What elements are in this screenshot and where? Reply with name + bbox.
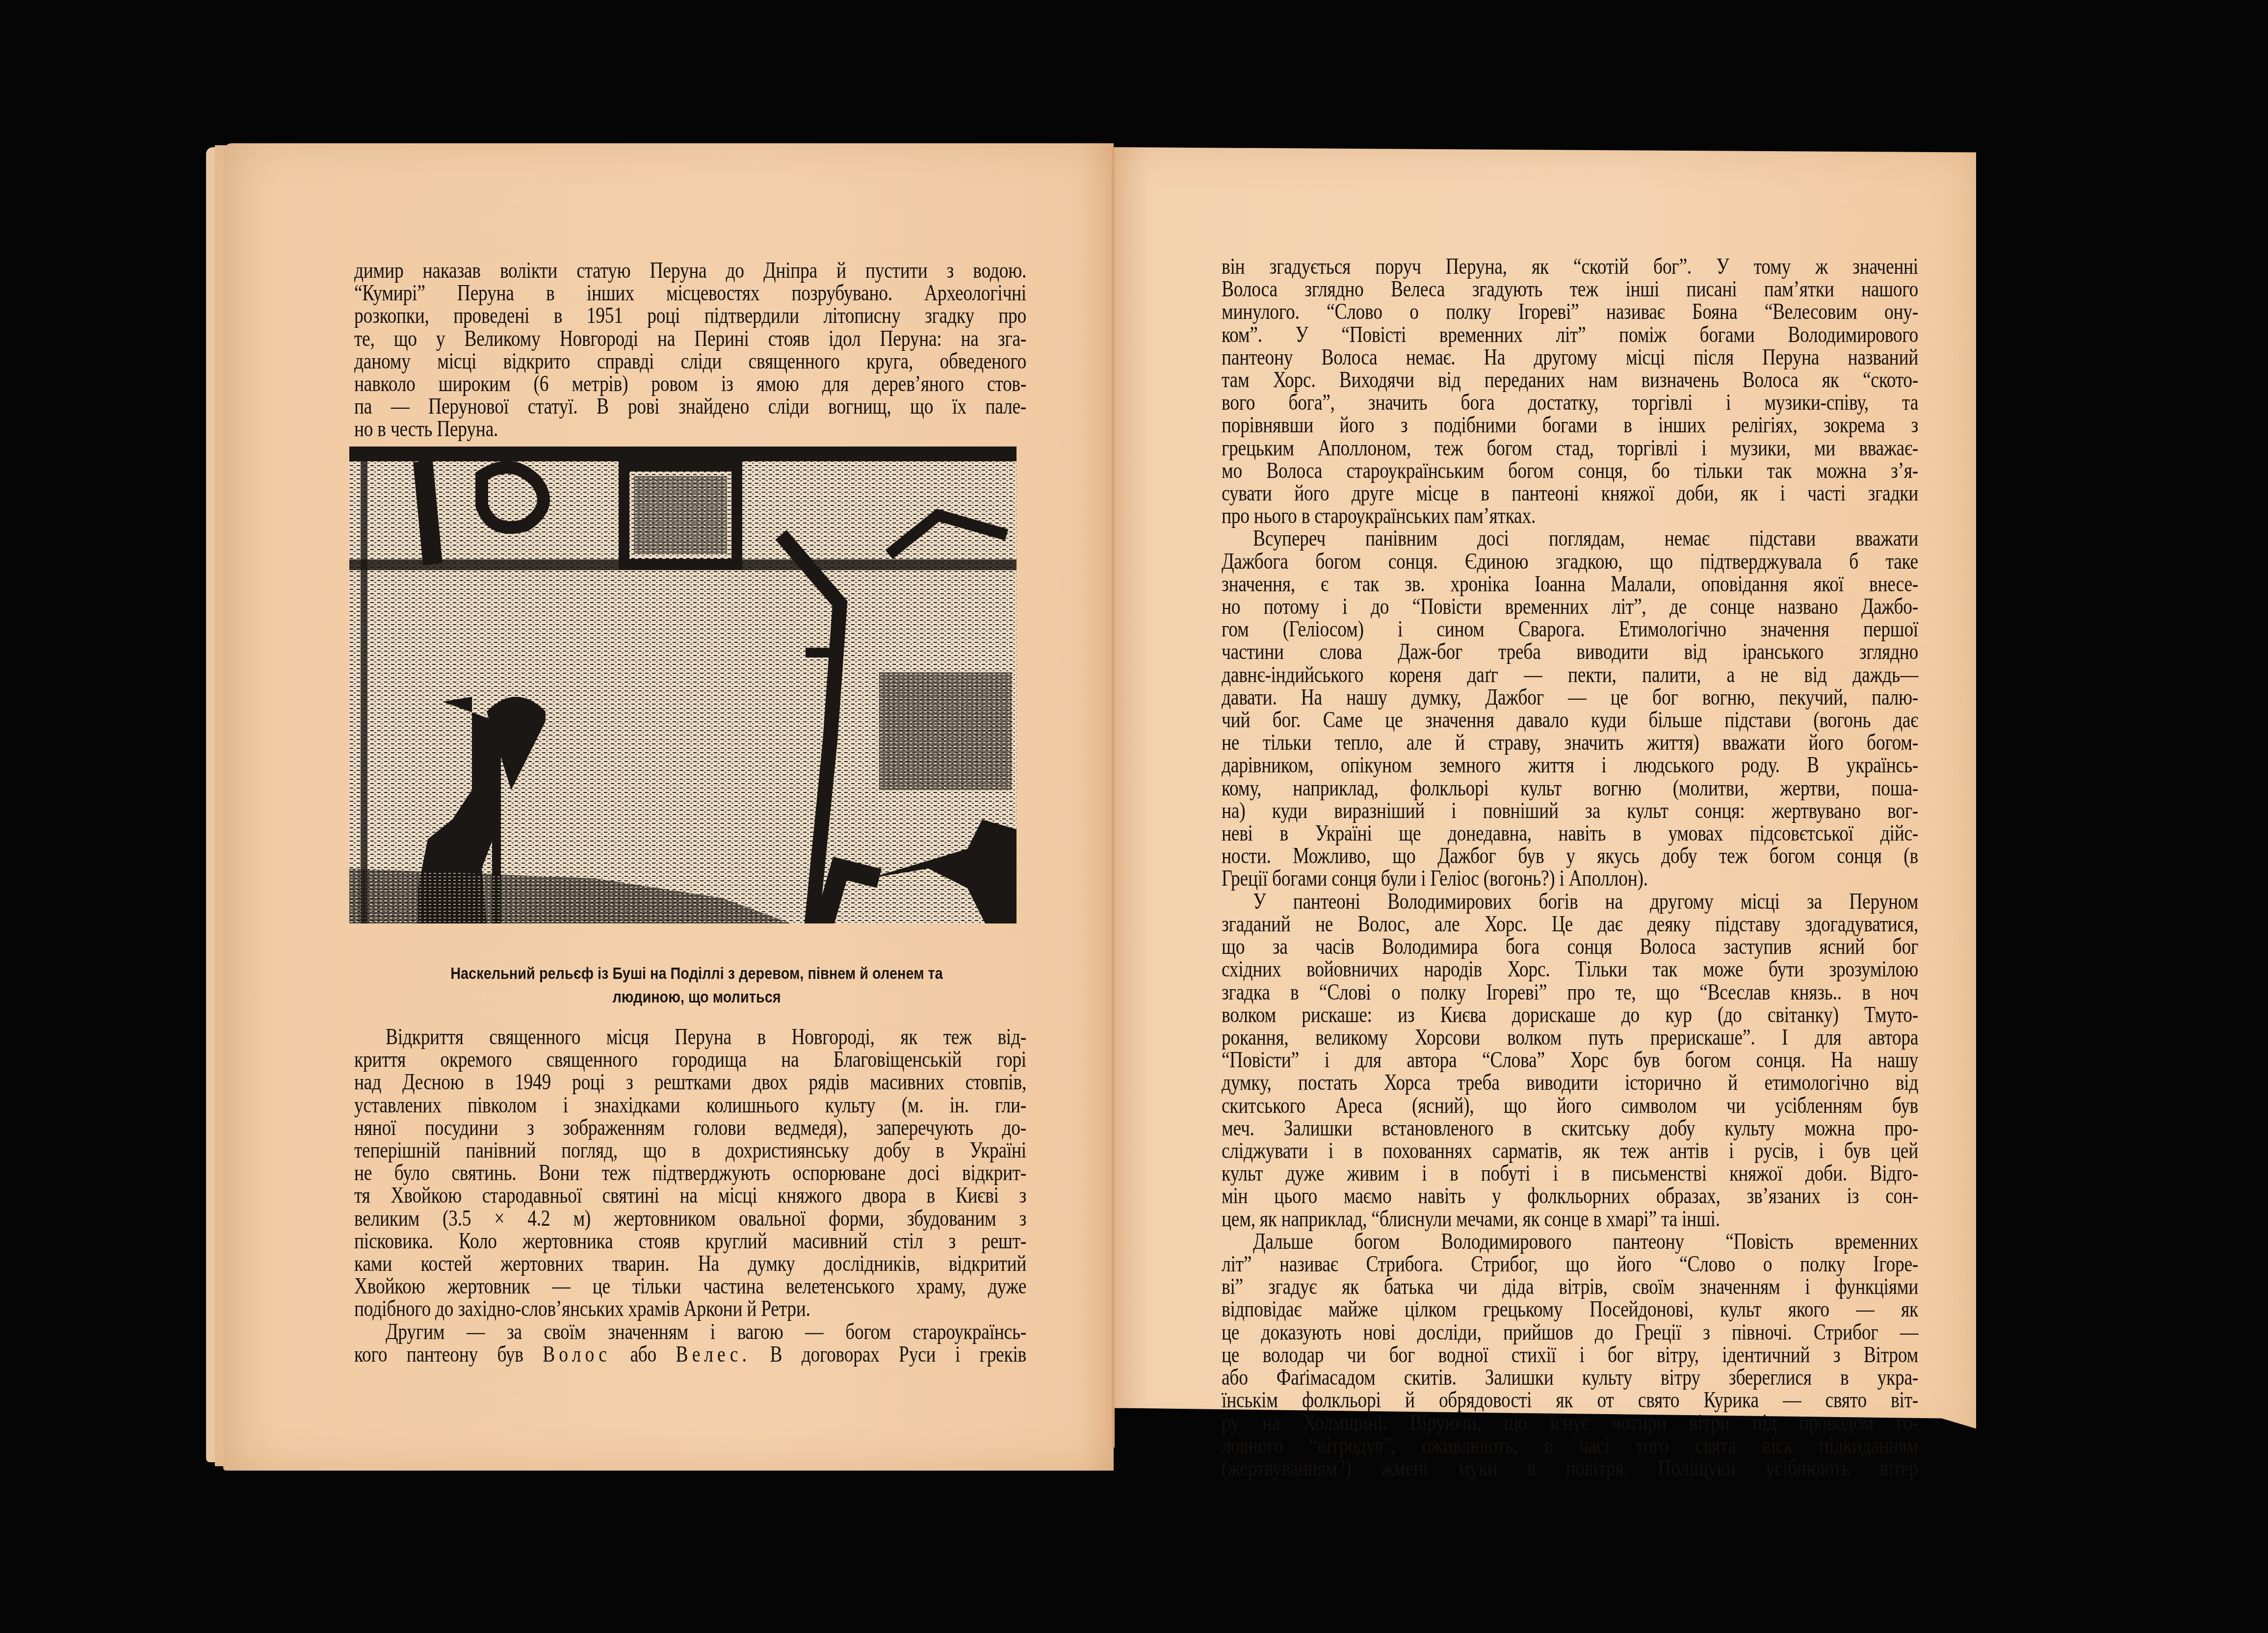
text-line: ками костей жертовних тварин. На думку д… <box>354 1252 1026 1275</box>
text-line: те, що у Великому Новгороді на Перині ст… <box>354 327 1026 350</box>
text-line: що за часів Володимира бога сонця Волоса… <box>1222 935 1918 958</box>
text-line: кому, наприклад, фолкльорі культ вогню (… <box>1222 777 1918 799</box>
text-line: порівнявши його з подібними богами в інш… <box>1222 414 1918 436</box>
text-line: згадка в “Слові о полку Ігореві” про те,… <box>1222 981 1918 1003</box>
text-line: минулого. “Слово о полку Ігореві” назива… <box>1222 300 1918 323</box>
text-line: меч. Залишки встановленого в скитську до… <box>1222 1117 1918 1139</box>
text-line: волком рискаше: из Києва дорискаше до ку… <box>1222 1003 1918 1026</box>
text-line: подібного до західно-слов’янських храмів… <box>354 1297 1026 1320</box>
text-span: кого пантеону був <box>354 1342 523 1367</box>
text-line: ві” згадує як батька чи діда вітрів, сво… <box>1222 1275 1918 1298</box>
text-line: Другим — за своїм значенням і вагою — бо… <box>354 1320 1026 1343</box>
text-line: “Кумирі” Перуна в інших місцевостях позр… <box>354 282 1026 304</box>
figure-caption: Наскельний рельєф із Буші на Поділлі з д… <box>373 962 1020 1009</box>
rock-relief-photo <box>349 447 1017 923</box>
text-line: неві в Україні ще донедавна, навіть в ум… <box>1222 822 1918 844</box>
text-line: Всупереч панівним досі поглядам, немає п… <box>1222 527 1918 550</box>
text-line: криття окремого священного городища на Б… <box>354 1048 1026 1071</box>
text-line: па — Перунової статуї. В рові знайдено с… <box>354 395 1026 418</box>
text-line: тя Хвойкою стародавньої святині на місці… <box>354 1184 1026 1207</box>
text-line: мо Волоса староукраїнським богом сонця, … <box>1222 459 1918 482</box>
text-span: або <box>630 1342 656 1367</box>
text-line: або Фаґімасадом скитів. Залишки культу в… <box>1222 1366 1918 1389</box>
text-line: навколо широким (6 метрів) ровом із ямою… <box>354 372 1026 395</box>
text-line: літ” називає Стрибога. Стрибог, що його … <box>1222 1253 1918 1275</box>
deity-name-veles: Велес. <box>676 1342 751 1367</box>
text-line: (жертвуванням?) жмені муки в повітря. По… <box>1222 1457 1918 1479</box>
text-line: пісковика. Коло жертовника стояв круглий… <box>354 1230 1026 1252</box>
text-line: димир наказав волікти статую Перуна до Д… <box>354 259 1026 282</box>
text-line: кого пантеону був Волос або Велес. В дог… <box>354 1343 1026 1366</box>
text-line: сувати його друге місце в пантеоні княжо… <box>1222 482 1918 504</box>
text-line: значення, є так зв. хроніка Іоанна Малал… <box>1222 573 1918 595</box>
text-line: їнськім фолкльорі й обрядовості як от св… <box>1222 1389 1918 1411</box>
text-line: пантеону Волоса немає. На другому місці … <box>1222 346 1918 369</box>
text-line: Дажбога богом сонця. Єдиною згадкою, що … <box>1222 550 1918 573</box>
text-line: вого бога”, значить бога достатку, торгі… <box>1222 391 1918 414</box>
text-line: мін цього маємо навіть у фолкльорних обр… <box>1222 1185 1918 1207</box>
text-line: Дальше богом Володимирового пантеону “По… <box>1222 1230 1918 1253</box>
text-line: но потому і до “Повісти временних літ”, … <box>1222 595 1918 618</box>
text-line: “Повісти” і для автора “Слова” Хорс був … <box>1222 1049 1918 1071</box>
text-line: но в честь Перуна. <box>354 418 1026 440</box>
text-line: скитського Ареса (ясний), що його символ… <box>1222 1094 1918 1117</box>
text-line: згаданий не Волос, але Хорс. Це дає деяк… <box>1222 913 1918 935</box>
text-line: грецьким Аполлоном, теж богом стад, торг… <box>1222 437 1918 459</box>
text-line: східних войовничих народів Хорс. Тільки … <box>1222 958 1918 980</box>
text-line: давати. На нашу думку, Дажбог — це бог в… <box>1222 686 1918 709</box>
text-line: давнє-індийського кореня дaґг — пекти, п… <box>1222 663 1918 686</box>
text-line: ловного “вітродуя”, оживлюють, в часі то… <box>1222 1434 1918 1457</box>
text-line: чий бог. Саме це значення давало куди бі… <box>1222 709 1918 731</box>
text-line: Греції богами сонця були і Геліос (вогон… <box>1222 867 1918 890</box>
left-top-paragraph: димир наказав волікти статую Перуна до Д… <box>354 259 1026 441</box>
deity-name-volos: Волос <box>543 1342 611 1367</box>
text-line: частини слова Даж-бог треба виводити від… <box>1222 640 1918 663</box>
text-line: Відкриття священного місця Перуна в Новг… <box>354 1026 1026 1048</box>
text-line: дарівником, опікуном земного життя і люд… <box>1222 754 1918 776</box>
text-line: даному місці відкрито справді сліди свящ… <box>354 350 1026 372</box>
text-line: ру на Холмщині. Віруючи, що існує чотири… <box>1222 1411 1918 1434</box>
book-spine <box>1112 147 1115 1448</box>
text-line: про нього в староукраїнських пам’ятках. <box>1222 504 1918 527</box>
text-line: над Десною в 1949 році з рештками двох р… <box>354 1071 1026 1093</box>
text-line: не тільки тепло, але й страву, значить ж… <box>1222 731 1918 754</box>
text-line: він згадується поруч Перуна, як “скотій … <box>1222 255 1918 278</box>
caption-line: Наскельний рельєф із Буші на Поділлі з д… <box>421 962 972 985</box>
text-line: думку, постать Хорса треба виводити істо… <box>1222 1071 1918 1094</box>
text-line: няної посудини з зображенням голови ведм… <box>354 1116 1026 1139</box>
text-line: там Хорс. Виходячи від переданих нам виз… <box>1222 369 1918 391</box>
left-bottom-paragraphs: Відкриття священного місця Перуна в Новг… <box>354 1026 1026 1366</box>
text-line: відповідає майже цілком грецькому Посейд… <box>1222 1298 1918 1320</box>
rock-relief-image-icon <box>349 447 1017 923</box>
text-line: не було святинь. Вони теж підтверджують … <box>354 1161 1026 1184</box>
text-span: В договорах Руси і греків <box>770 1342 1026 1367</box>
text-line: рокання, великому Хорсови волком путь пр… <box>1222 1026 1918 1049</box>
text-line: на) куди виразніший і повніший за культ … <box>1222 799 1918 822</box>
text-line: цем, як наприклад, “блиснули мечами, як … <box>1222 1208 1918 1230</box>
text-line: гом (Геліосом) і сином Сварога. Етимолог… <box>1222 618 1918 640</box>
text-line: ком”. У “Повісті временних літ” поміж бо… <box>1222 323 1918 346</box>
text-line: теперішній панівний погляд, що в дохрист… <box>354 1139 1026 1161</box>
text-line: ности. Можливо, що Дажбог був у якусь до… <box>1222 844 1918 867</box>
text-line: розкопки, проведені в 1951 році підтверд… <box>354 304 1026 327</box>
text-line: Хвойкою жертовник — це тільки частина ве… <box>354 1275 1026 1297</box>
text-line: У пантеоні Володимирових богів на другом… <box>1222 890 1918 913</box>
right-page-text: він згадується поруч Перуна, як “скотій … <box>1222 255 1918 1479</box>
text-line: великим (3.5 × 4.2 м) жертовником овальн… <box>354 1207 1026 1230</box>
text-line: це доказують нові досліди, прийшов до Гр… <box>1222 1321 1918 1343</box>
text-line: уставлених півколом і знахідками колишнь… <box>354 1094 1026 1116</box>
text-line: це володар чи бог водної стихії і бог ві… <box>1222 1343 1918 1366</box>
text-line: сліджувати і в похованнях сарматів, як т… <box>1222 1139 1918 1162</box>
text-line: культ дуже живим і в побуті і в письменс… <box>1222 1162 1918 1185</box>
caption-line: людиною, що молиться <box>421 985 972 1009</box>
text-line: Волоса згляднo Велеса згадують теж інші … <box>1222 278 1918 300</box>
